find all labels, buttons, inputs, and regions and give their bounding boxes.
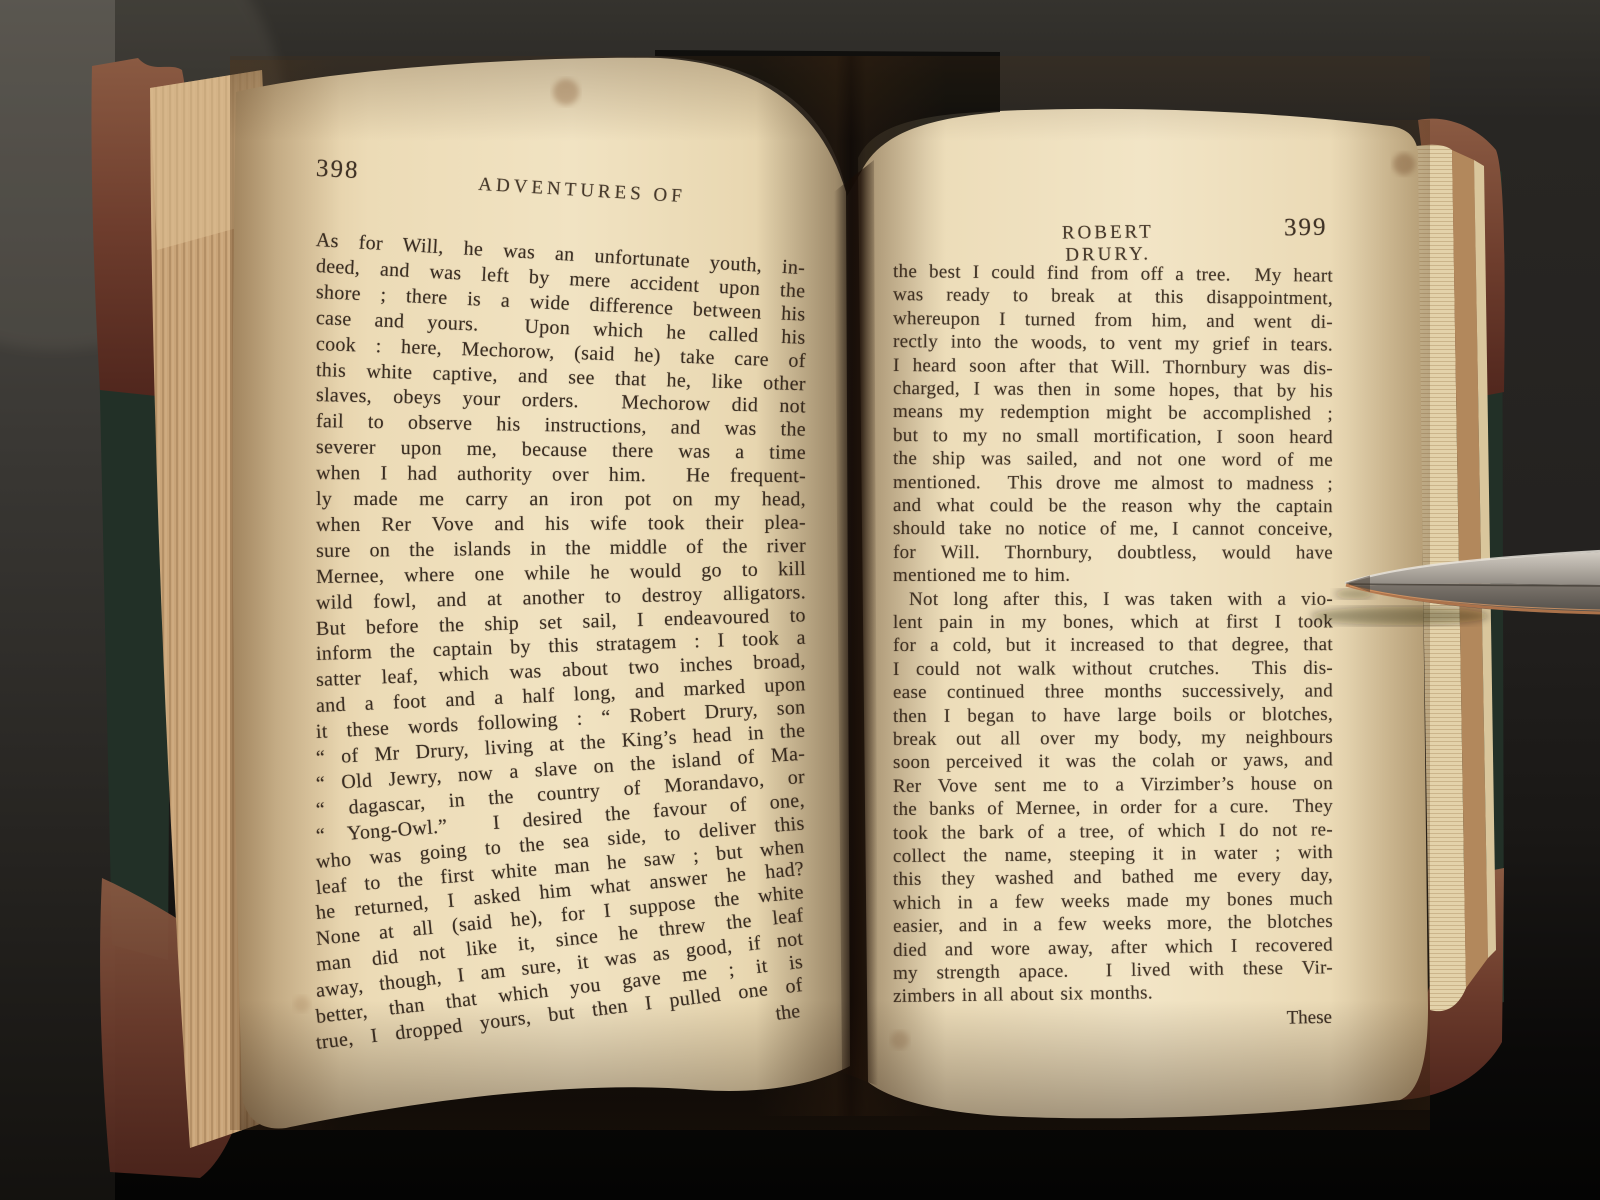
text-line: sure on the islands in the middle of the… [316,536,806,561]
page-number-left: 398 [315,155,360,185]
text-line: ly made me carry an iron pot on my head, [316,489,806,509]
text-line: collect the name, steeping it in water ;… [893,843,1333,866]
left-page-text: As for Will, he was an unfortunate youth… [316,230,806,1070]
right-page-text: the best I could find from off a tree. M… [893,262,1333,1022]
page-number-right: 399 [1284,214,1328,243]
text-line: when Rer Vove and his wife took their pl… [316,512,806,534]
text-line: mentioned. This drove me almost to madne… [893,473,1333,493]
text-line: zimbers in all about six months. [893,981,1333,1006]
text-line: lent pain in my bones, which at first I … [893,612,1333,632]
text-line: ease continued three months successively… [893,682,1333,703]
text-line: for Will. Thornbury, doubtless, would ha… [893,543,1333,562]
running-head-left: ADVENTURES OF [462,173,703,209]
text-line: my strength apace. I lived with these Vi… [893,958,1333,983]
text-line: the ship was sailed, and not one word of… [893,449,1333,470]
text-line: should take no notice of me, I cannot co… [893,519,1333,539]
text-line: Not long after this, I was taken with a … [893,589,1333,608]
text-line: break out all over my body, my neighbour… [893,728,1333,749]
text-line: severer upon me, because there was a tim… [316,437,806,463]
page-text-layer: 398 ADVENTURES OF As for Will, he was an… [0,0,1600,1200]
text-line: died and wore away, after which I recove… [893,935,1333,959]
text-line: but to my no small mortification, I soon… [893,426,1333,447]
text-line: then I began to have large boils or blot… [893,705,1333,726]
text-line: this they washed and bathed me every day… [893,866,1333,889]
text-line: which in a few weeks made my bones much [893,889,1333,913]
text-line: for a cold, but it increased to that deg… [893,635,1333,655]
text-line: the best I could find from off a tree. M… [893,262,1333,286]
text-line: and what could be the reason why the cap… [893,496,1333,516]
book-photograph: 398 ADVENTURES OF As for Will, he was an… [0,0,1600,1200]
text-line: mentioned me to him. [893,566,1333,585]
text-line: I heard soon after that Will. Thornbury … [893,356,1333,378]
text-line: whereupon I turned from him, and went di… [893,309,1333,332]
text-line: when I had authority over him. He freque… [316,463,806,486]
text-line: easier, and in a few weeks more, the blo… [893,912,1333,936]
text-line: the banks of Mernee, in order for a cure… [893,797,1333,819]
text-line: charged, I was then in some hopes, that … [893,379,1333,401]
text-line: means my redemption might be accomplishe… [893,402,1333,424]
catchword-right: These [1180,1007,1332,1031]
text-line: I could not walk without crutches. This … [893,658,1333,678]
text-line: took the bark of a tree, of which I do n… [893,820,1333,843]
running-head-right: ROBERT DRURY. [1018,221,1199,268]
text-line: was ready to break at this disappointmen… [893,285,1333,308]
text-line: rectly into the woods, to vent my grief … [893,332,1333,355]
text-line: soon perceived it was the colah or yaws,… [893,751,1333,773]
text-line: Rer Vove sent me to a Virzimber’s house … [893,774,1333,796]
